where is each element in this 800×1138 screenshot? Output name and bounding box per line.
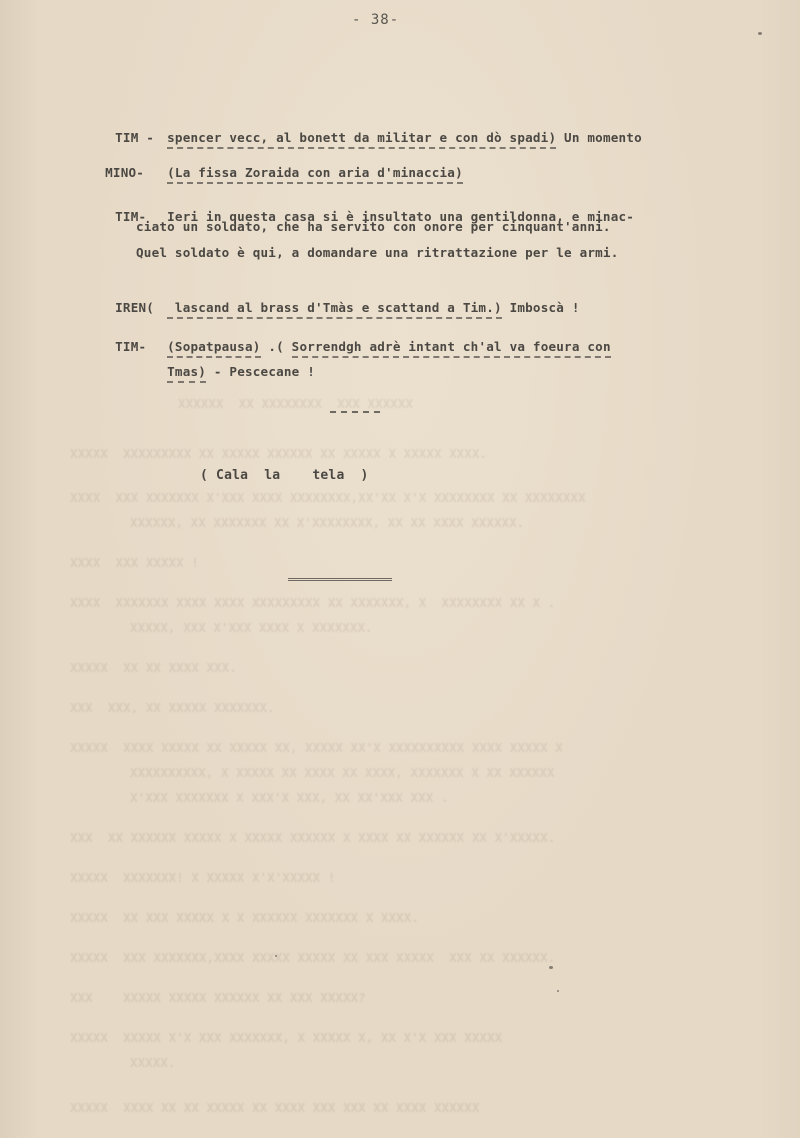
bleed-through-text: XXXXX XXXX XXXXX XX XXXXX XX, XXXXX XX'X… <box>70 740 563 755</box>
paper-speck <box>557 990 559 992</box>
bleed-through-text: XXXXXX XX XXXXXXXX XXX XXXXXX <box>178 396 413 411</box>
speaker-label: MINO- <box>105 165 167 180</box>
dialogue-text: - Pescecane ! <box>206 364 315 379</box>
bleed-through-text: XXXXX XXXXXXX! X XXXXX X'X'XXXXX ! <box>70 870 335 885</box>
dialogue-continuation: Tmas) - Pescecane ! <box>136 349 315 394</box>
paper-speck <box>275 955 277 957</box>
bleed-through-text: XXXXX XXX XXXXXXX,XXXX XXXXX XXXXX XX XX… <box>70 950 555 965</box>
script-line-mino: MINO-(La fissa Zoraida con aria d'minacc… <box>74 150 463 195</box>
bleed-through-text: XXXXX XX XXX XXXXX X X XXXXXX XXXXXXX X … <box>70 910 419 925</box>
typewritten-page: - 38- TIM -spencer vecc, al bonett da mi… <box>0 0 800 1138</box>
bleed-through-text: XXX XXXXX XXXXX XXXXXX XX XXX XXXXX? <box>70 990 366 1005</box>
bleed-through-text: XXXXXXXXXX, X XXXXX XX XXXX XX XXXX, XXX… <box>130 765 555 780</box>
separator-short <box>330 411 380 413</box>
paper-speck <box>549 966 553 969</box>
bleed-through-text: XXX XX XXXXXX XXXXX X XXXXX XXXXXX X XXX… <box>70 830 555 845</box>
stage-direction-underlined: spencer vecc, al bonett da militar e con… <box>167 130 556 149</box>
bleed-through-text: XXXX XXX XXXXX ! <box>70 555 199 570</box>
bleed-through-text: XXXXX XX XX XXXX XXX. <box>70 660 237 675</box>
bleed-through-text: XXXXX XXXXX X'X XXX XXXXXXX, X XXXXX X, … <box>70 1030 502 1045</box>
bleed-through-text: XXX XXX, XX XXXXX XXXXXXX. <box>70 700 275 715</box>
bleed-through-text: XXXXX. <box>130 1055 176 1070</box>
curtain-stage-direction: ( Cala la tela ) <box>200 468 369 483</box>
bleed-through-text: XXXX XXX XXXXXXX X'XXX XXXX XXXXXXXX,XX'… <box>70 490 586 505</box>
bleed-through-text: X'XXX XXXXXXX X XXX'X XXX, XX XX'XXX XXX… <box>130 790 448 805</box>
bleed-through-text: XXXX XXXXXXX XXXX XXXX XXXXXXXXX XX XXXX… <box>70 595 555 610</box>
stage-direction-underlined: Tmas) <box>167 364 206 383</box>
speaker-label: TIM - <box>115 130 167 145</box>
dialogue-continuation: ciato un soldato, che ha servito con ono… <box>136 219 611 234</box>
separator-end <box>288 578 392 581</box>
bleed-through-text: XXXXX XXXX XX XX XXXXX XX XXXX XXX XXX X… <box>70 1100 479 1115</box>
stage-direction-underlined: Sorrendgh adrè intant ch'al va foeura co… <box>292 339 611 358</box>
stage-direction-underlined: (La fissa Zoraida con aria d'minaccia) <box>167 165 463 184</box>
page-number: - 38- <box>352 12 399 28</box>
bleed-through-text: XXXXX XXXXXXXXX XX XXXXX XXXXXX XX XXXXX… <box>70 446 487 461</box>
paper-speck <box>758 32 762 35</box>
stage-direction-underlined: lascand al brass d'Tmàs e scattand a Tim… <box>167 300 502 319</box>
dialogue-text: Un momento <box>556 130 642 145</box>
speaker-label: IREN( <box>115 300 167 315</box>
bleed-through-text: XXXXX, XXX X'XXX XXXX X XXXXXXX. <box>130 620 373 635</box>
dialogue-text: Imboscà ! <box>502 300 580 315</box>
dialogue-continuation: Quel soldato è qui, a domandare una ritr… <box>136 245 619 260</box>
bleed-through-text: XXXXXX, XX XXXXXXX XX X'XXXXXXXX, XX XX … <box>130 515 524 530</box>
